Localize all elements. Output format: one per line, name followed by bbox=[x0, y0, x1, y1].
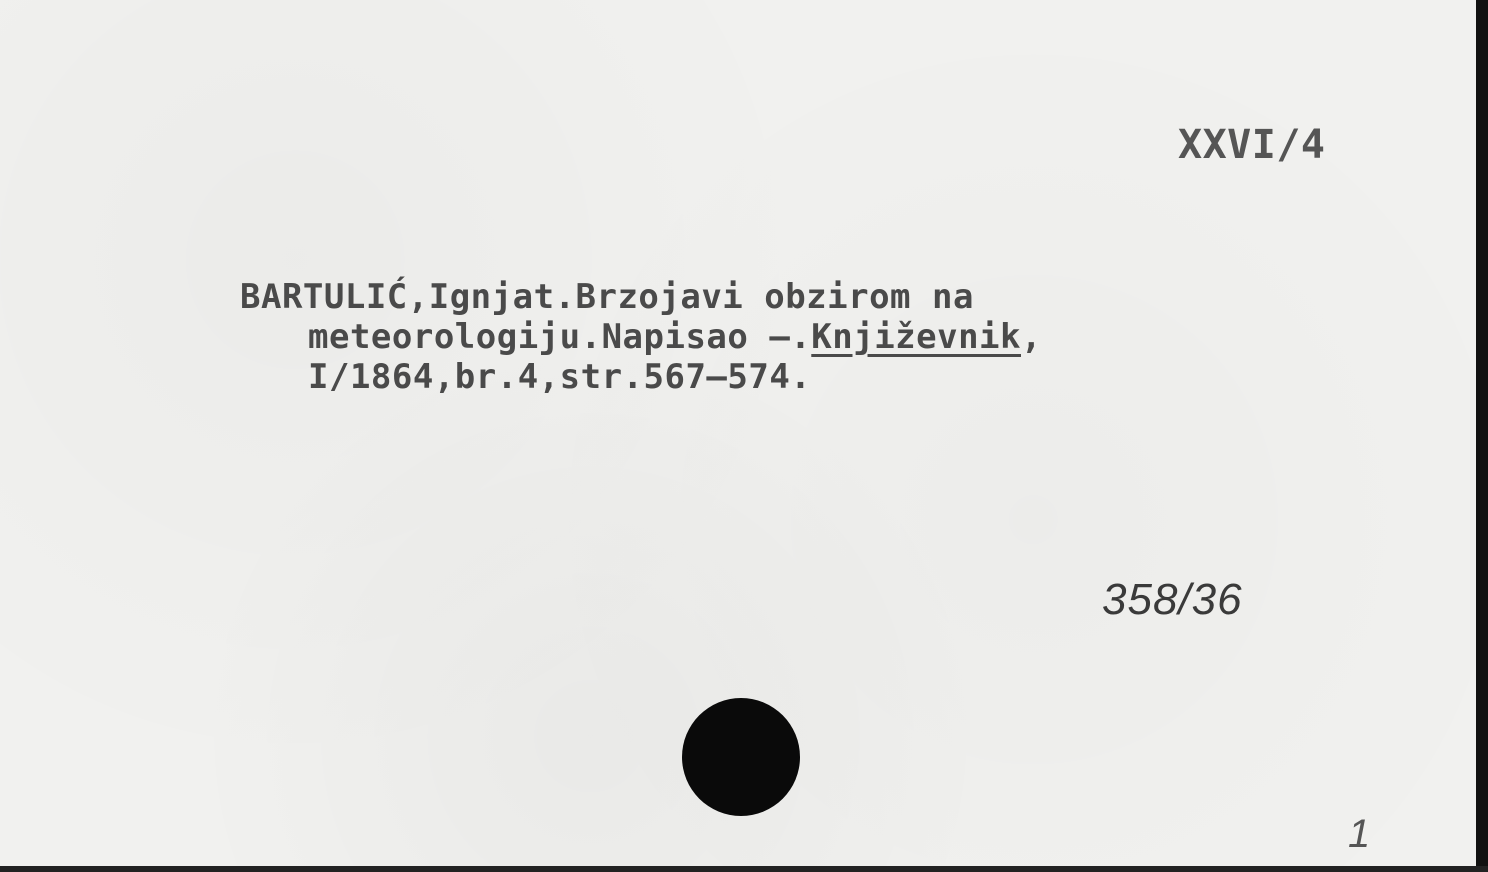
entry-line2-prefix: meteorologiju.Napisao —. bbox=[308, 317, 811, 357]
entry-line-citation: I/1864,br.4,str.567–574. bbox=[308, 357, 811, 397]
entry-line2-suffix: , bbox=[1021, 317, 1042, 357]
entry-line-continuation: meteorologiju.Napisao —.Književnik, bbox=[308, 317, 1042, 357]
journal-title: Književnik bbox=[811, 317, 1021, 357]
scan-edge-bottom bbox=[0, 866, 1488, 872]
card-count: 1 bbox=[1348, 812, 1370, 857]
entry-line-author-title: BARTULIĆ,Ignjat.Brzojavi obzirom na bbox=[240, 277, 974, 317]
scan-edge-right bbox=[1476, 0, 1488, 872]
catalog-card: XXVI/4 BARTULIĆ,Ignjat.Brzojavi obzirom … bbox=[0, 0, 1476, 866]
accession-number: 358/36 bbox=[1102, 575, 1243, 625]
punch-hole bbox=[682, 698, 800, 816]
call-number: XXVI/4 bbox=[1178, 122, 1326, 168]
